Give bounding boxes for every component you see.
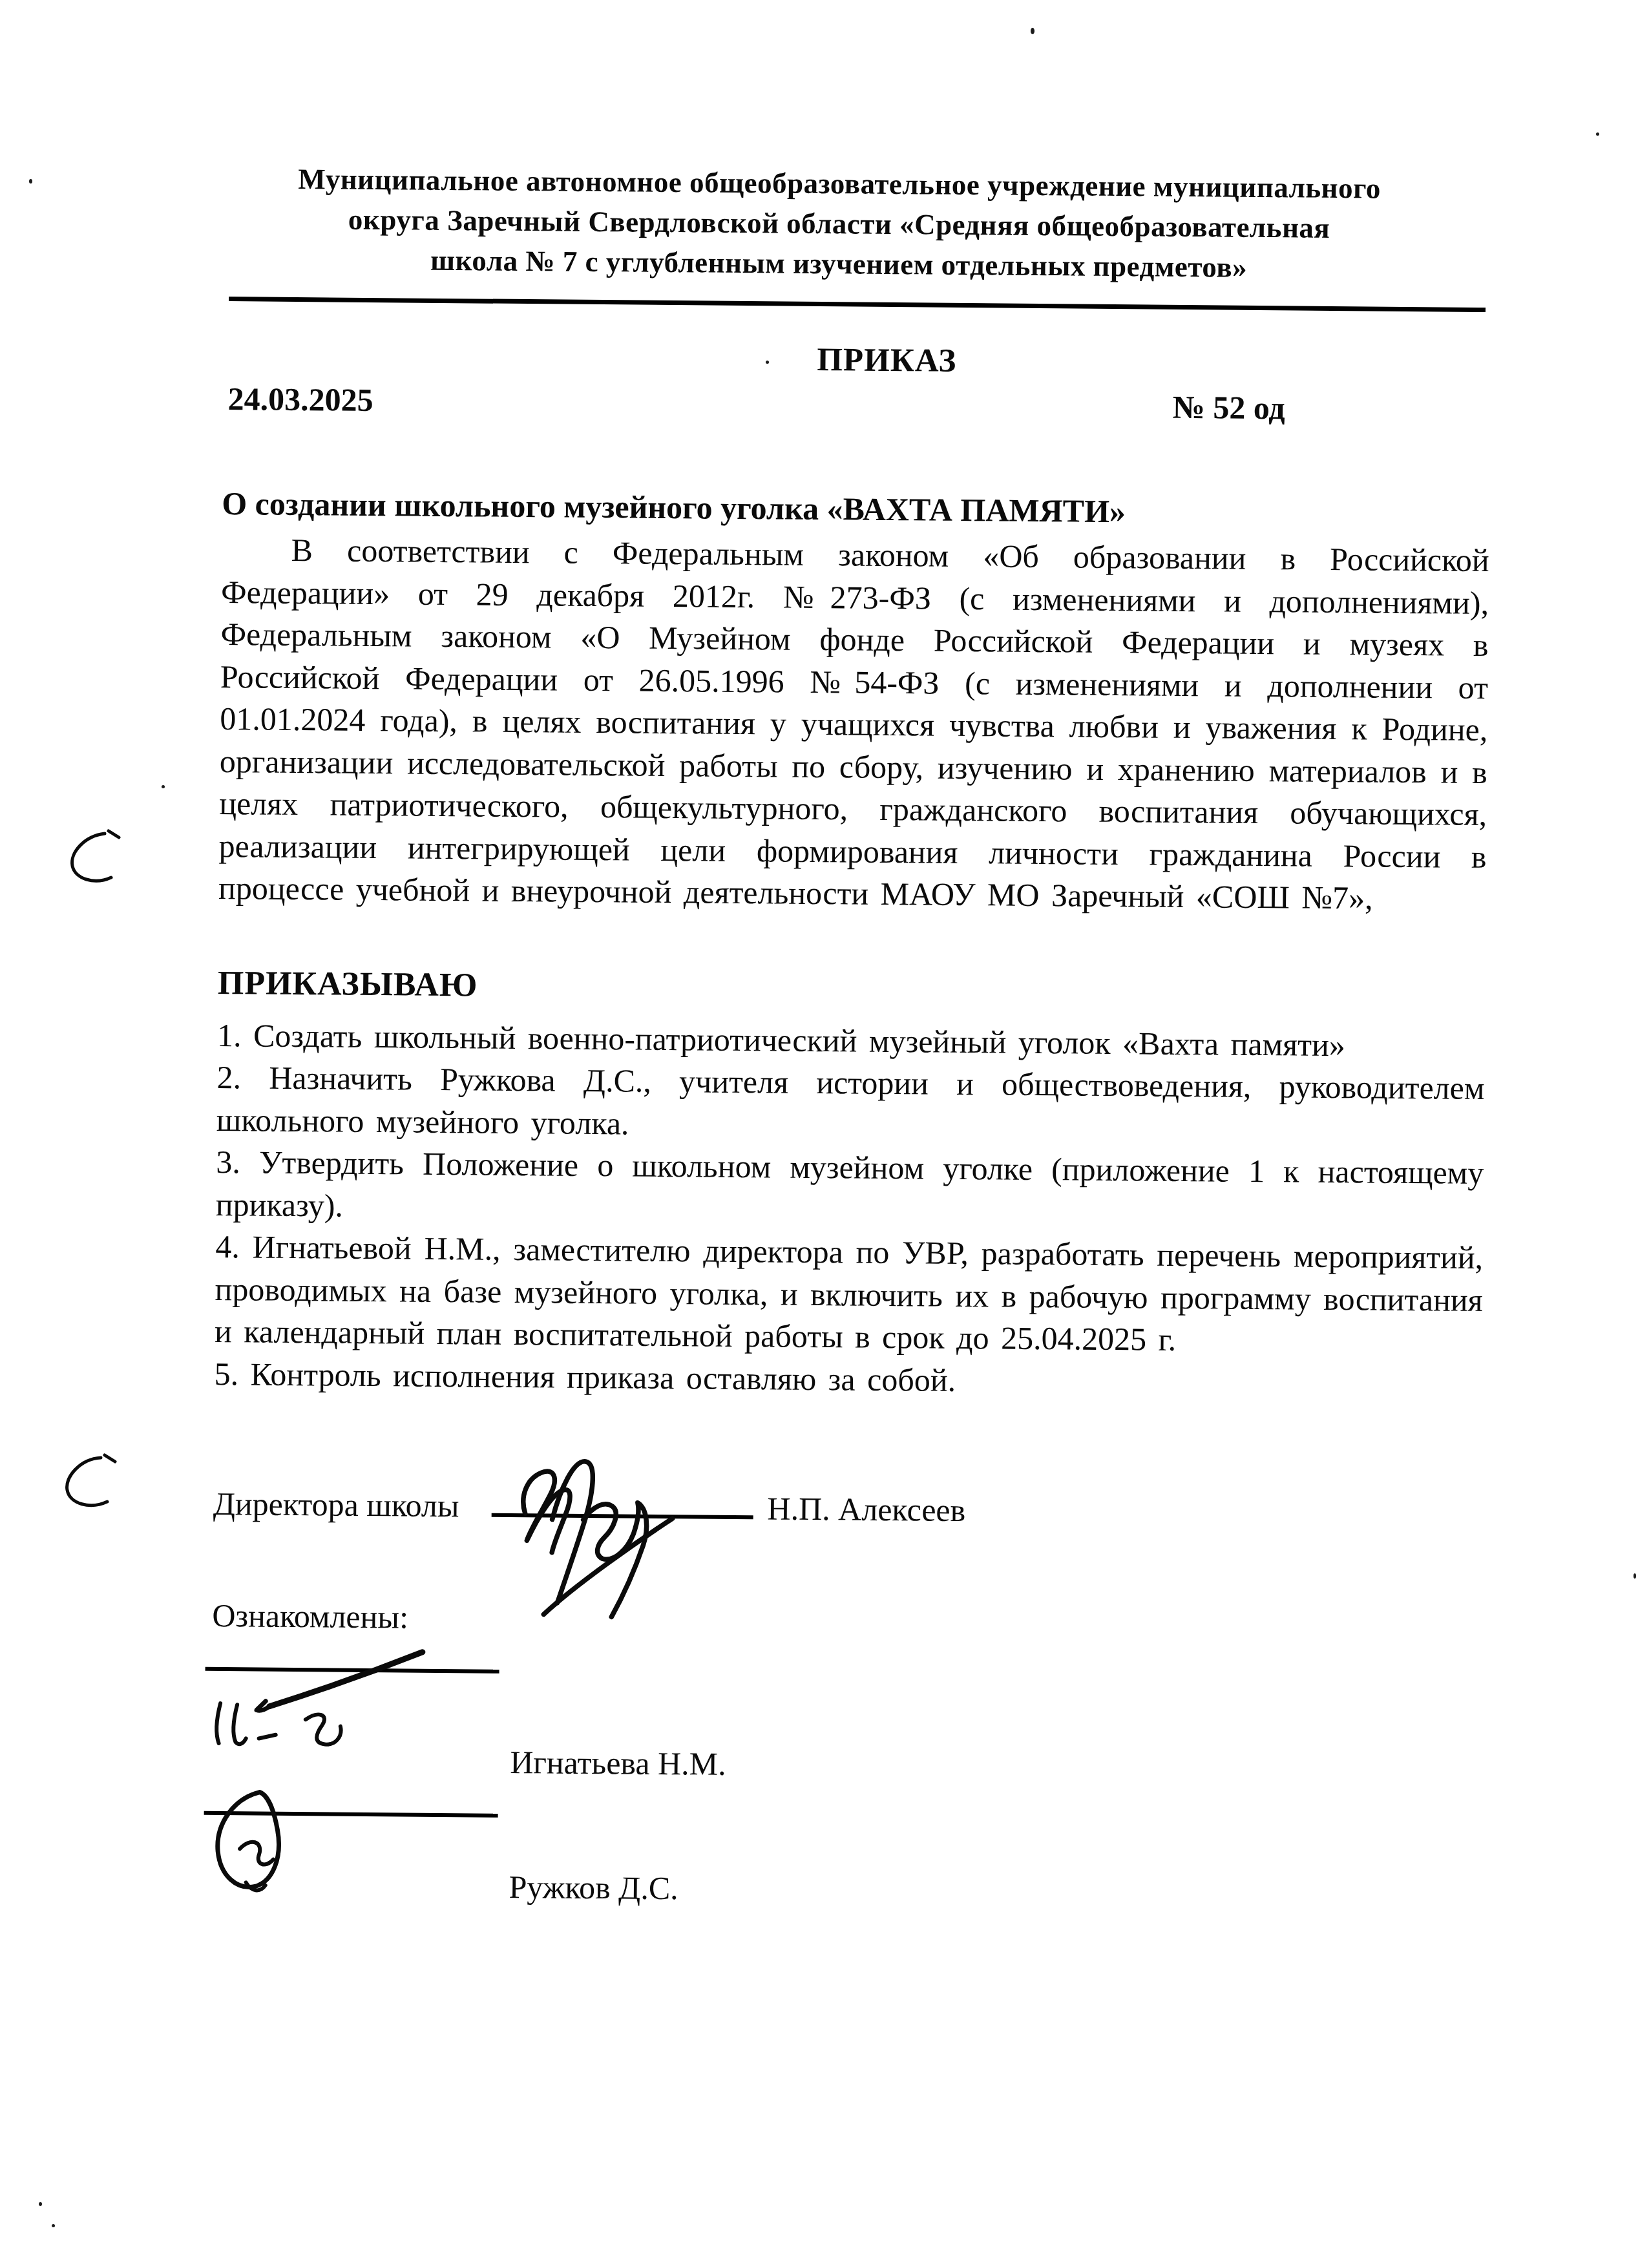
scan-speck [1596,132,1599,136]
scan-artifact-crescent [65,826,127,888]
scan-artifact-crescent [59,1450,121,1512]
scan-speck [29,179,32,184]
director-name: Н.П. Алексеев [767,1490,965,1528]
scan-speck [766,361,769,364]
header-divider-rule [229,297,1486,312]
order-number: № 52 од [1172,387,1285,428]
acknowledged-name: Игнатьева Н.М. [510,1744,726,1782]
decree-word: ПРИКАЗЫВАЮ [218,962,1486,1014]
director-signature-row: Директора школы Н.П. Алексеев [213,1482,1481,1535]
acknowledged-label: Ознакомлены: [212,1596,1480,1646]
acknowledged-row: Игнатьева Н.М. [211,1641,1480,1790]
director-signature-line [491,1485,753,1520]
acknowledged-row: Ружков Д.С. [209,1785,1478,1915]
order-item: 3. Утвердить Положение о школьном музейн… [216,1141,1484,1237]
order-item: 4. Игнатьевой Н.М., заместителю директор… [215,1226,1484,1364]
date-number-row: 24.03.2025 № 52 од [222,379,1490,430]
scan-speck [39,2202,42,2206]
acknowledged-signature-line [205,1641,499,1674]
order-items: 1. Создать школьный военно-патриотически… [214,1014,1485,1406]
document-type-title: ПРИКАЗ [253,335,1520,386]
director-signature [509,1451,704,1647]
director-label: Директора школы [213,1486,459,1524]
order-document: Муниципальное автономное общеобразовател… [209,158,1492,1915]
scan-speck [52,2224,55,2227]
organization-header: Муниципальное автономное общеобразовател… [185,158,1493,289]
scan-speck [1633,1573,1636,1579]
scan-speck [1031,28,1035,34]
document-page: Муниципальное автономное общеобразовател… [0,0,1649,2268]
ignatyeva-signature [204,1641,516,1773]
acknowledged-name: Ружков Д.С. [509,1869,678,1906]
order-subject: О создании школьного музейного уголка «В… [222,483,1489,534]
order-preamble: В соответствии с Федеральным законом «Об… [218,529,1489,921]
acknowledged-signature-line [204,1785,498,1818]
ruzhkov-signature [204,1785,295,1896]
order-item: 2. Назначить Ружкова Д.С., учителя истор… [216,1056,1485,1152]
order-date: 24.03.2025 [222,379,373,420]
scan-speck [162,785,165,788]
